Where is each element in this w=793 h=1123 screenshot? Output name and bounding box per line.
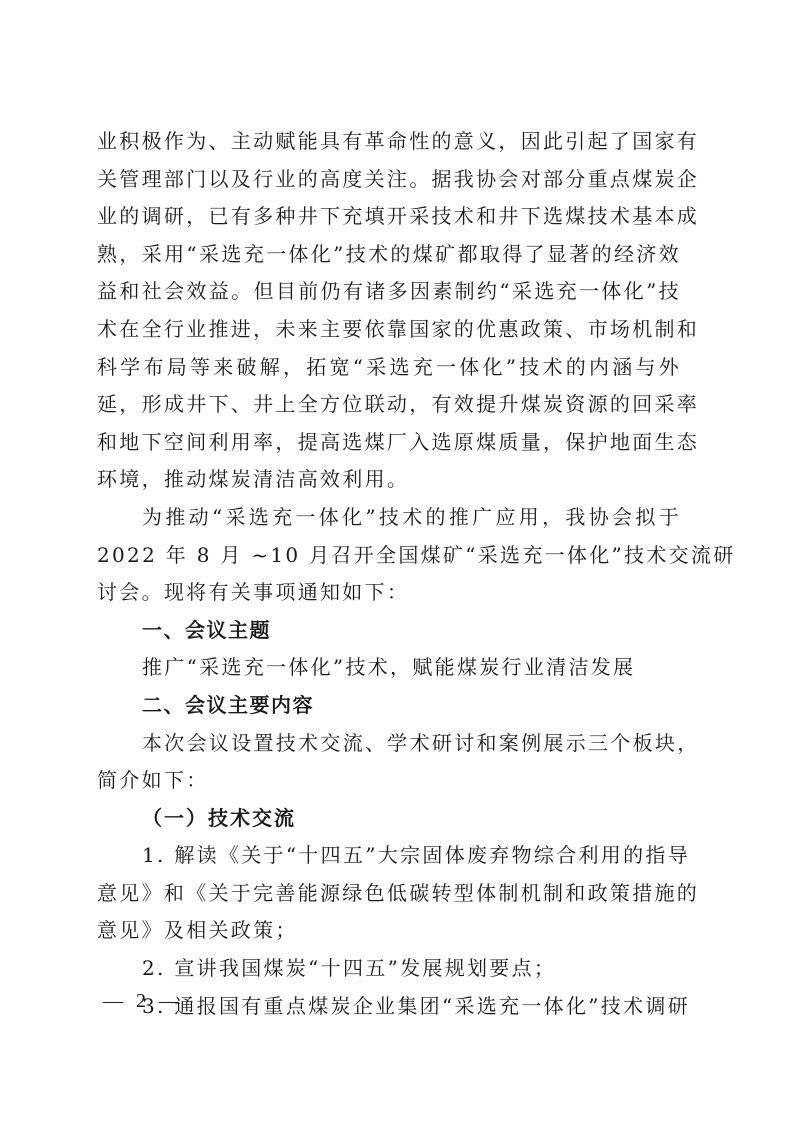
list-item-line: 意见》和《关于完善能源绿色低碳转型体制机制和政策措施的 [97, 875, 681, 913]
paragraph-line: 讨会。现将有关事项通知如下： [97, 574, 687, 612]
paragraph-line: 本次会议设置技术交流、学术研讨和案例展示三个板块， [97, 725, 681, 763]
paragraph-line: 益和社会效益。但目前仍有诸多因素制约“采选充一体化”技 [97, 273, 681, 311]
page-number: — 2 — [103, 990, 183, 1013]
paragraph-line: 环境，推动煤炭清洁高效利用。 [97, 461, 687, 499]
list-item-line: 1. 解读《关于“十四五”大宗固体废弃物综合利用的指导 [97, 837, 681, 875]
paragraph-line: 业的调研，已有多种井下充填开采技术和井下选煤技术基本成 [97, 198, 681, 236]
section-heading-theme: 一、会议主题 [97, 612, 687, 650]
document-body: 业积极作为、主动赋能具有革命性的意义，因此引起了国家有 关管理部门以及行业的高度… [97, 123, 687, 1025]
list-item-line: 意见》及相关政策； [97, 912, 687, 950]
paragraph-line: 和地下空间利用率，提高选煤厂入选原煤质量，保护地面生态 [97, 424, 681, 462]
paragraph-line: 科学布局等来破解，拓宽“采选充一体化”技术的内涵与外 [97, 349, 681, 387]
paragraph-line: 2022 年 8 月 ~10 月召开全国煤矿“采选充一体化”技术交流研 [97, 537, 681, 575]
paragraph-line: 为推动“采选充一体化”技术的推广应用，我协会拟于 [97, 499, 681, 537]
paragraph-line: 熟，采用“采选充一体化”技术的煤矿都取得了显著的经济效 [97, 236, 681, 274]
paragraph-line: 业积极作为、主动赋能具有革命性的意义，因此引起了国家有 [97, 123, 681, 161]
list-item-line: 2. 宣讲我国煤炭“十四五”发展规划要点； [97, 950, 687, 988]
list-item-line: 3. 通报国有重点煤炭企业集团“采选充一体化”技术调研 [97, 988, 681, 1026]
section-content-theme: 推广“采选充一体化”技术，赋能煤炭行业清洁发展 [97, 649, 687, 687]
section-heading-main-content: 二、会议主要内容 [97, 687, 687, 725]
paragraph-line: 术在全行业推进，未来主要依靠国家的优惠政策、市场机制和 [97, 311, 681, 349]
paragraph-line: 延，形成井下、井上全方位联动，有效提升煤炭资源的回采率 [97, 386, 681, 424]
document-page: 业积极作为、主动赋能具有革命性的意义，因此引起了国家有 关管理部门以及行业的高度… [0, 0, 793, 1123]
paragraph-line: 关管理部门以及行业的高度关注。据我协会对部分重点煤炭企 [97, 161, 681, 199]
subsection-heading-tech-exchange: （一）技术交流 [97, 800, 687, 838]
paragraph-line: 简介如下： [97, 762, 687, 800]
